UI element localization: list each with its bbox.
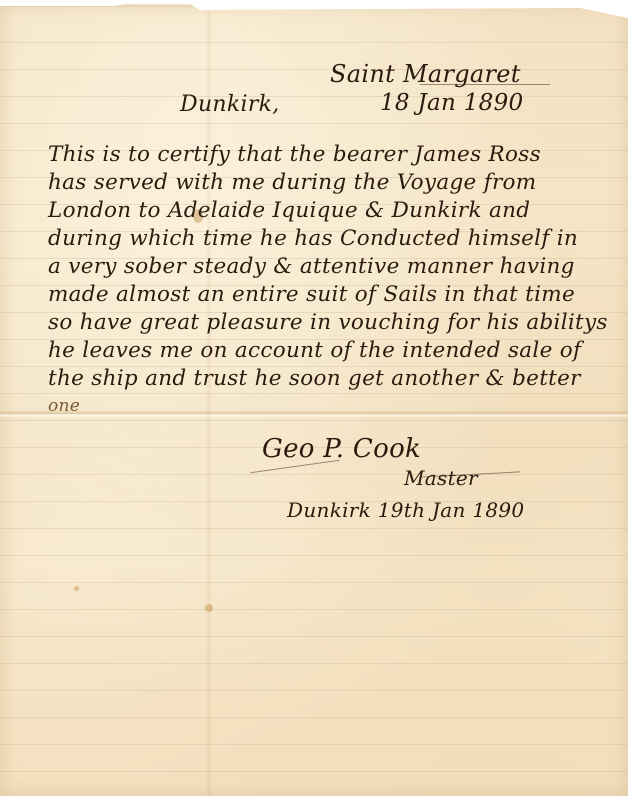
body-line: made almost an entire suit of Sails in t… xyxy=(48,282,575,307)
body-line: so have great pleasure in vouching for h… xyxy=(48,310,608,335)
body-line: he leaves me on account of the intended … xyxy=(48,338,581,363)
stain-spot xyxy=(74,586,79,591)
body-line: London to Adelaide Iquique & Dunkirk and xyxy=(48,198,530,223)
body-line: one xyxy=(48,396,80,416)
letter-date: 18 Jan 1890 xyxy=(380,90,523,116)
signature-title: Master xyxy=(404,466,478,490)
body-line: This is to certify that the bearer James… xyxy=(48,142,541,167)
ship-name-underline xyxy=(420,84,550,85)
body-line: a very sober steady & attentive manner h… xyxy=(48,254,575,279)
signature-name: Geo P. Cook xyxy=(262,434,421,464)
ruled-lines xyxy=(0,4,628,796)
horizontal-fold-crease xyxy=(0,410,628,418)
body-line: has served with me during the Voyage fro… xyxy=(48,170,536,195)
body-line: the ship and trust he soon get another &… xyxy=(48,366,581,391)
body-line: during which time he has Conducted himse… xyxy=(48,226,578,251)
stain-spot xyxy=(205,604,213,612)
letter-place: Dunkirk, xyxy=(180,92,280,117)
signature-place-date: Dunkirk 19th Jan 1890 xyxy=(287,498,524,522)
vertical-fold-crease xyxy=(206,4,212,796)
letter-paper: Saint Margaret Dunkirk, 18 Jan 1890 This… xyxy=(0,4,628,796)
